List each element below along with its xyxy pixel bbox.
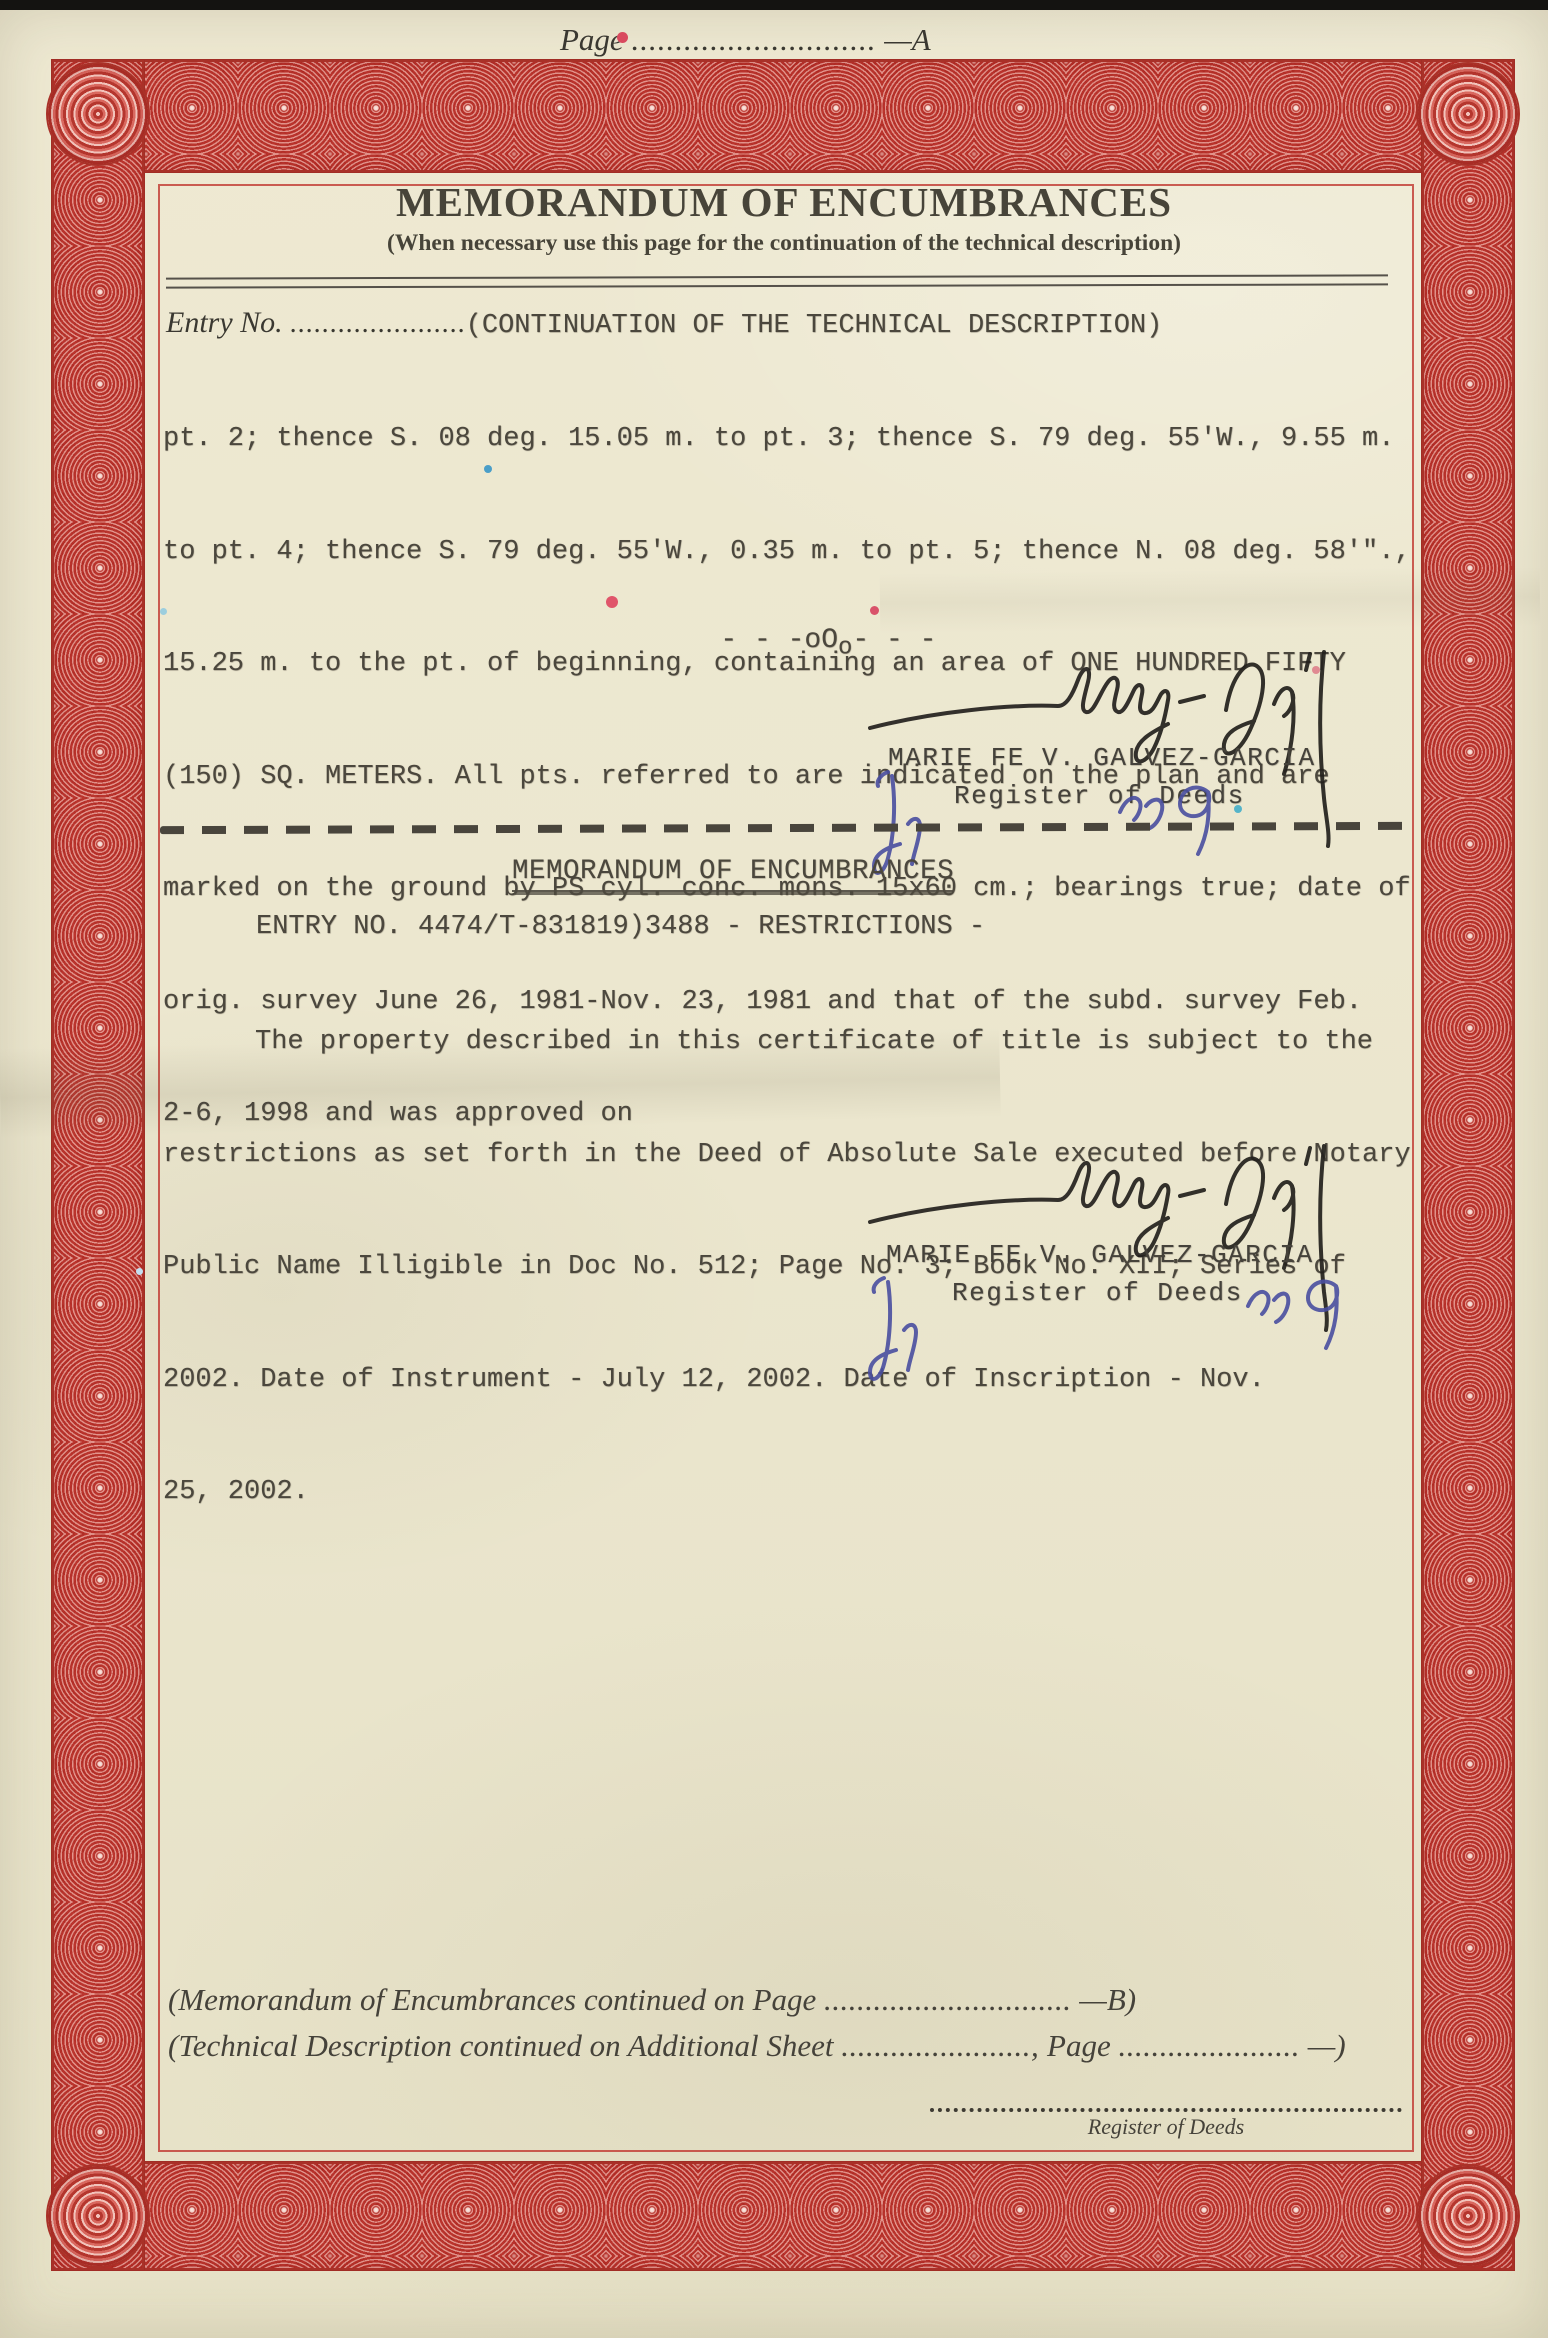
red-guilloche-border-left xyxy=(52,60,144,2270)
register-signature-dotted-line xyxy=(930,2082,1402,2112)
page-suffix: —A xyxy=(884,22,931,57)
scanned-certificate-page: Page ............................ —A MEM… xyxy=(0,0,1548,2338)
paper-sheet: Page ............................ —A MEM… xyxy=(0,10,1548,2338)
entry-restrictions-heading: ENTRY NO. 4474/T-831819)3488 - RESTRICTI… xyxy=(256,912,985,942)
page-title: MEMORANDUM OF ENCUMBRANCES xyxy=(158,178,1410,226)
page-label: Page xyxy=(560,22,624,57)
paper-speck xyxy=(1234,805,1242,813)
stamp-registrar-name: MARIE FE V. GALVEZ-GARCIA xyxy=(886,1240,1314,1270)
red-guilloche-border-right xyxy=(1422,60,1514,2270)
paper-speck xyxy=(870,606,879,615)
stamp-registrar-title: Register of Deeds xyxy=(954,781,1245,811)
red-guilloche-border-top xyxy=(52,60,1514,172)
border-corner-rosette xyxy=(1418,64,1518,164)
footer-line2-dotted-blank-2: ...................... xyxy=(1119,2028,1301,2063)
ooo-post: - - - xyxy=(852,625,936,656)
ooo-pre: - - -oO xyxy=(720,625,838,656)
footer-line1-text: (Memorandum of Encumbrances continued on… xyxy=(168,1982,816,2017)
page-subtitle: (When necessary use this page for the co… xyxy=(158,230,1410,257)
footer-line2-page-label: Page xyxy=(1047,2028,1111,2063)
paper-speck xyxy=(484,465,492,473)
entry-number-line: Entry No. ......................(CONTINU… xyxy=(166,306,1162,341)
ooo-divider: - - -oOo- - - xyxy=(158,594,1398,693)
paper-speck xyxy=(606,596,618,608)
footer-line2-suffix: —) xyxy=(1308,2028,1346,2063)
technical-description-line: to pt. 4; thence S. 79 deg. 55'W., 0.35 … xyxy=(163,534,1411,572)
paper-speck xyxy=(136,1268,143,1275)
border-corner-rosette xyxy=(48,2166,148,2266)
footer-line2-dotted-blank-1: ......................., xyxy=(841,2028,1039,2063)
footer-line2-text: (Technical Description continued on Addi… xyxy=(168,2028,834,2063)
restrictions-line: The property described in this certifica… xyxy=(163,1024,1411,1062)
memorandum-section-heading: MEMORANDUM OF ENCUMBRANCES xyxy=(512,856,954,892)
ooo-sub: o xyxy=(838,635,852,662)
page-number-line: Page ............................ —A xyxy=(560,22,931,58)
border-corner-rosette xyxy=(1418,2166,1518,2266)
footer-line1-suffix: —B) xyxy=(1079,1982,1136,2017)
typed-continuation-heading: (CONTINUATION OF THE TECHNICAL DESCRIPTI… xyxy=(466,311,1163,341)
red-guilloche-border-bottom xyxy=(52,2162,1514,2270)
restrictions-line: restrictions as set forth in the Deed of… xyxy=(163,1137,1411,1175)
paper-speck xyxy=(160,608,167,615)
footer-continuation-line-1: (Memorandum of Encumbrances continued on… xyxy=(168,1982,1136,2018)
stamp-registrar-title: Register of Deeds xyxy=(952,1278,1243,1308)
paper-speck xyxy=(617,32,628,43)
restrictions-line: 2002. Date of Instrument - July 12, 2002… xyxy=(163,1362,1411,1400)
page-dotted-blank: ............................ xyxy=(631,22,876,57)
footer-continuation-line-2: (Technical Description continued on Addi… xyxy=(168,2028,1346,2064)
register-signature-label: Register of Deeds xyxy=(930,2114,1402,2140)
footer-line1-dotted-blank: .............................. xyxy=(824,1982,1072,2017)
technical-description-line: pt. 2; thence S. 08 deg. 15.05 m. to pt.… xyxy=(163,421,1411,459)
border-corner-rosette xyxy=(48,64,148,164)
stamp-registrar-name: MARIE FE V. GALVEZ-GARCIA xyxy=(888,743,1316,773)
paper-speck xyxy=(1312,666,1320,674)
entry-no-label: Entry No. xyxy=(166,306,283,339)
restrictions-line: 25, 2002. xyxy=(163,1474,1411,1512)
entry-no-dotted-blank: ...................... xyxy=(290,308,466,339)
